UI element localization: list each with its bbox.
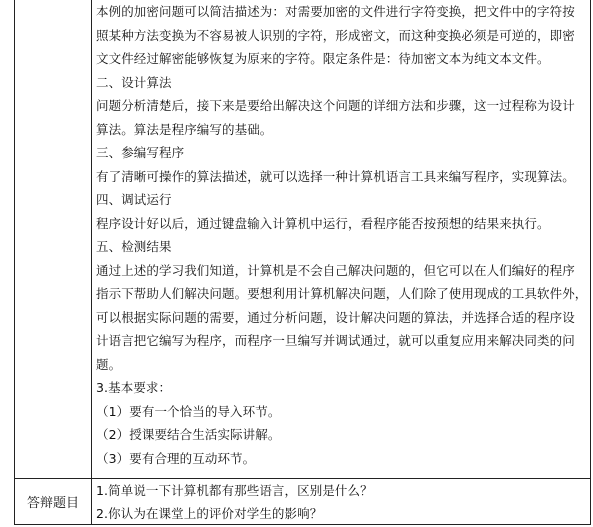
paragraph-line: 程序设计好以后，通过键盘输入计算机中运行，看程序能否按预想的结果来执行。 bbox=[96, 212, 588, 236]
requirement-item: （2）授课要结合生活实际讲解。 bbox=[96, 423, 588, 447]
requirement-item: （1）要有一个恰当的导入环节。 bbox=[96, 400, 588, 424]
paragraph-line: 题。 bbox=[96, 353, 588, 377]
paragraph-line: 可以根据实际问题的需要，通过分析问题，设计解决问题的算法，并选择合适的程序设 bbox=[96, 306, 588, 330]
requirement-item: （3）要有合理的互动环节。 bbox=[96, 447, 588, 471]
paragraph-line: 计语言把它编写为程序，而程序一旦编写并调试通过，就可以重复应用来解决同类的问 bbox=[96, 329, 588, 353]
section-heading-design-algorithm: 二、设计算法 bbox=[96, 71, 588, 95]
defense-questions-cell: 1.简单说一下计算机都有那些语言，区别是什么？ 2.你认为在课堂上的评价对学生的… bbox=[96, 479, 588, 525]
defense-question: 1.简单说一下计算机都有那些语言，区别是什么？ bbox=[96, 479, 588, 502]
column-divider bbox=[91, 0, 92, 524]
section-heading-test-results: 五、检测结果 bbox=[96, 235, 588, 259]
paragraph-line: 通过上述的学习我们知道，计算机是不会自己解决问题的，但它可以在人们编好的程序 bbox=[96, 259, 588, 283]
paragraph-line: 本例的加密问题可以简洁描述为：对需要加密的文件进行字符变换，把文件中的字符按 bbox=[96, 0, 588, 24]
defense-question: 2.你认为在课堂上的评价对学生的影响？ bbox=[96, 502, 588, 525]
section-heading-write-program: 三、参编写程序 bbox=[96, 141, 588, 165]
section-heading-debug-run: 四、调试运行 bbox=[96, 188, 588, 212]
paragraph-line: 指示下帮助人们解决问题。要想利用计算机解决问题，人们除了使用现成的工具软件外， bbox=[96, 282, 588, 306]
paragraph-line: 照某种方法变换为不容易被人识别的字符，形成密文，而这种变换必须是可逆的，即密 bbox=[96, 24, 588, 48]
requirements-heading: 3.基本要求： bbox=[96, 376, 588, 400]
defense-questions-label: 答辩题目 bbox=[15, 478, 91, 525]
paragraph-line: 问题分析清楚后，接下来是要给出解决这个问题的详细方法和步骤，这一过程称为设计 bbox=[96, 94, 588, 118]
paragraph-line: 文文件经过解密能够恢复为原来的字符。限定条件是：待加密文本为纯文本文件。 bbox=[96, 47, 588, 71]
lesson-content-cell: 本例的加密问题可以简洁描述为：对需要加密的文件进行字符变换，把文件中的字符按 照… bbox=[96, 0, 588, 470]
paragraph-line: 有了清晰可操作的算法描述，就可以选择一种计算机语言工具来编写程序，实现算法。 bbox=[96, 165, 588, 189]
paragraph-line: 算法。算法是程序编写的基础。 bbox=[96, 118, 588, 142]
